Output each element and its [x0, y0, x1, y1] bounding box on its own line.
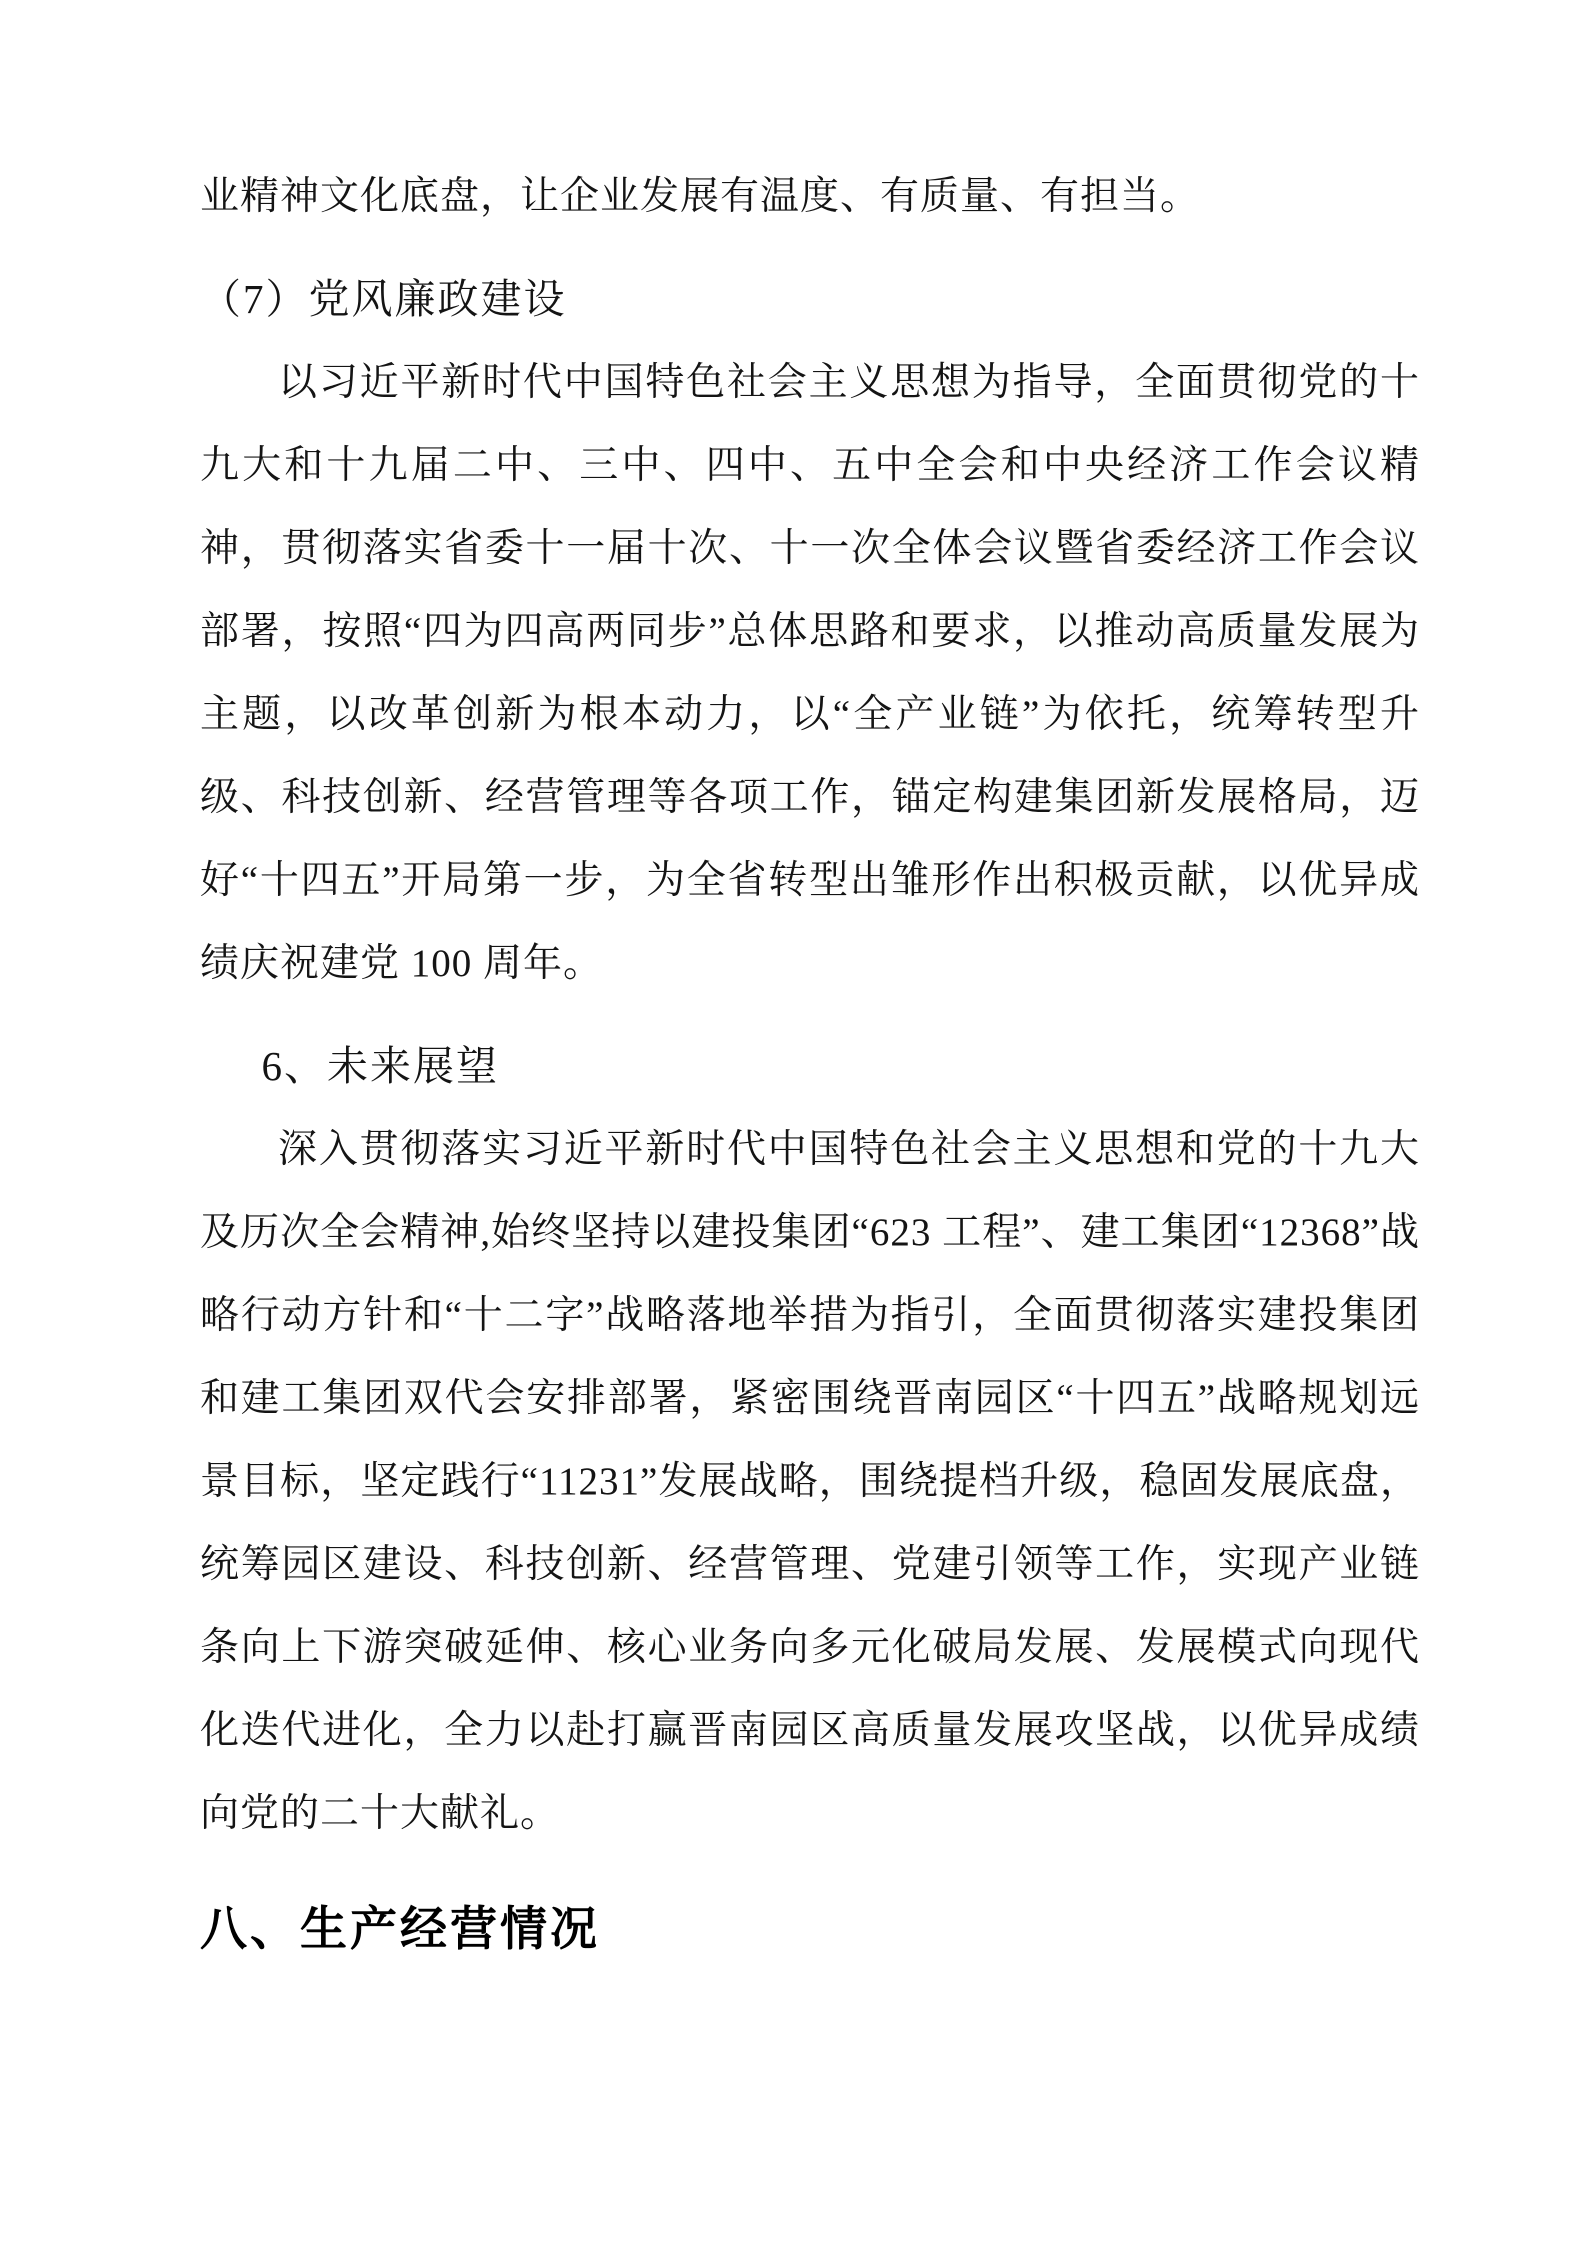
section-6-paragraph: 深入贯彻落实习近平新时代中国特色社会主义思想和党的十九大及历次全会精神,始终坚持… [200, 1108, 1420, 1855]
continuation-paragraph: 业精神文化底盘，让企业发展有温度、有质量、有担当。 [200, 155, 1420, 238]
section-7-heading: （7）党风廉政建设 [200, 258, 1420, 341]
document-page: 业精神文化底盘，让企业发展有温度、有质量、有担当。 （7）党风廉政建设 以习近平… [0, 0, 1587, 2245]
section-6-heading: 6、未来展望 [200, 1025, 1420, 1108]
section-7-paragraph: 以习近平新时代中国特色社会主义思想为指导，全面贯彻党的十九大和十九届二中、三中、… [200, 341, 1420, 1005]
section-8-heading: 八、生产经营情况 [200, 1887, 1420, 1970]
